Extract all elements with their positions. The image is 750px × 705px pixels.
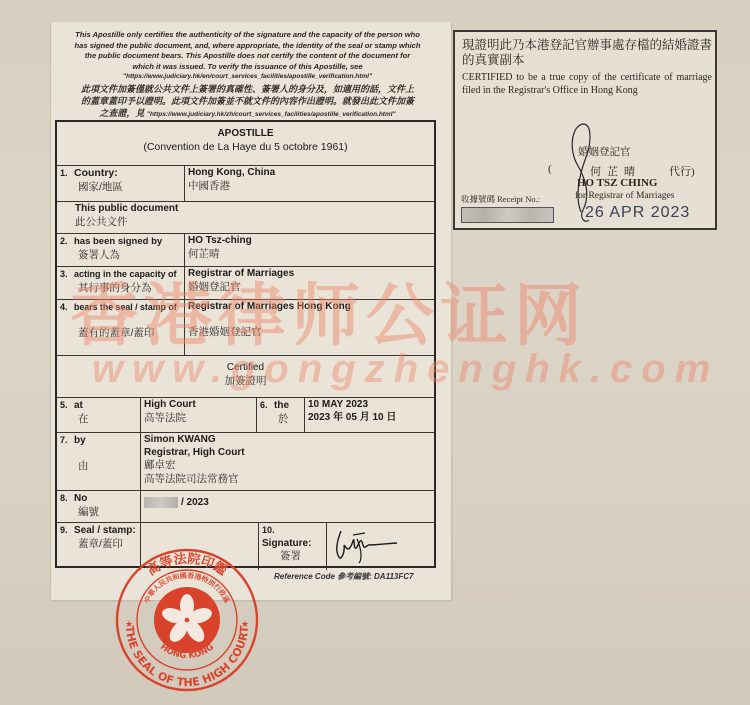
seal-of-label: bears the seal / stamp of bbox=[74, 302, 177, 312]
row-number: 2. bbox=[60, 235, 74, 248]
notice-en-url: "https://www.judiciary.hk/en/court_servi… bbox=[55, 72, 440, 83]
no-label-zh: 編號 bbox=[60, 506, 99, 518]
country-label: Country: bbox=[74, 167, 118, 179]
country-value-zh: 中國香港 bbox=[188, 180, 230, 192]
row-number: 6. bbox=[260, 399, 274, 412]
apostille-notice: This Apostille only certifies the authen… bbox=[55, 30, 440, 121]
notice-zh-line-2: 的蓋章蓋印予以證明。此項文件加簽並不就文件的內容作出證明。就發出此文件加簽 bbox=[55, 95, 440, 107]
notice-zh-url: "https://www.judiciary.hk/zh/court_servi… bbox=[147, 111, 396, 118]
receipt-number-redacted bbox=[461, 207, 554, 223]
redacted-number bbox=[144, 497, 178, 508]
no-label: No bbox=[74, 493, 87, 504]
row-number: 10. bbox=[262, 524, 278, 537]
certified-label-zh: 加簽證明 bbox=[57, 375, 434, 388]
country-label-zh: 國家/地區 bbox=[60, 181, 123, 193]
row-number: 8.No 編號 / 2023 bbox=[57, 491, 434, 523]
notice-en-line-1: This Apostille only certifies the authen… bbox=[55, 30, 440, 41]
signature-label: Signature: bbox=[262, 538, 311, 549]
row-number: 5. bbox=[60, 399, 74, 412]
country-value: Hong Kong, China bbox=[188, 167, 275, 178]
certification-statement-zh: 現證明此乃本港登記官辦事處存檔的結婚證書的真實副本 bbox=[462, 38, 712, 68]
paren-open: ( bbox=[548, 163, 552, 175]
row-country: 1.Country: 國家/地區 Hong Kong, China 中國香港 bbox=[57, 166, 434, 202]
row-number: 4. bbox=[60, 301, 74, 314]
row-number: 7. bbox=[60, 434, 74, 447]
public-document-label: This public document bbox=[75, 203, 178, 214]
by-label-zh: 由 bbox=[60, 460, 89, 472]
signature-field bbox=[327, 523, 434, 570]
svg-text:高等法院印鑑: 高等法院印鑑 bbox=[144, 551, 230, 579]
registrar-office-zh: 婚姻登記官 bbox=[578, 144, 631, 159]
row-seal-of: 4.bears the seal / stamp of 蓋有的蓋章/蓋印 Reg… bbox=[57, 300, 434, 356]
the-label-zh: 於 bbox=[260, 413, 289, 425]
signed-by-value: HO Tsz-ching bbox=[188, 235, 252, 246]
by-label: by bbox=[74, 435, 86, 446]
row-capacity: 3.acting in the capacity of 其行事的身分為 Regi… bbox=[57, 267, 434, 300]
seal-stamp-label: Seal / stamp: bbox=[74, 525, 136, 536]
notice-en-line-2: has signed the public document, and, whe… bbox=[55, 41, 440, 52]
at-label: at bbox=[74, 400, 83, 411]
row-by: 7.by 由 Simon KWANG Registrar, High Court… bbox=[57, 433, 434, 491]
handwritten-signature-icon bbox=[327, 523, 417, 568]
certified-heading: Certified 加簽證明 bbox=[57, 356, 434, 398]
notice-en-line-3: the public document bears. This Apostill… bbox=[55, 51, 440, 62]
row-number: 3. bbox=[60, 268, 74, 281]
seal-of-value: Registrar of Marriages Hong Kong bbox=[188, 301, 351, 312]
reference-code-value: DA113FC7 bbox=[374, 572, 413, 581]
by-value-title: Registrar, High Court bbox=[144, 447, 245, 458]
receipt-number-label: 收據號碼 Receipt No.: bbox=[461, 193, 540, 205]
marriage-certificate-certification: 現證明此乃本港登記官辦事處存檔的結婚證書的真實副本 CERTIFIED to b… bbox=[453, 30, 717, 230]
svg-text:★: ★ bbox=[241, 620, 249, 630]
seal-of-label-zh: 蓋有的蓋章/蓋印 bbox=[60, 327, 154, 339]
the-label: the bbox=[274, 400, 289, 411]
capacity-label: acting in the capacity of bbox=[74, 269, 177, 279]
apostille-title: APOSTILLE bbox=[57, 128, 434, 141]
apostille-table: APOSTILLE (Convention de La Haye du 5 oc… bbox=[55, 120, 436, 568]
signature-label-zh: 簽署 bbox=[262, 550, 301, 562]
apostille-header: APOSTILLE (Convention de La Haye du 5 oc… bbox=[57, 122, 434, 166]
notice-zh-line-1: 此項文件加簽僅就公共文件上簽署的真確性、簽署人的身分及，如適用的話，文件上 bbox=[55, 83, 440, 95]
signed-by-label-zh: 簽署人為 bbox=[60, 249, 120, 261]
reference-code: Reference Code 參考編號: DA113FC7 bbox=[274, 571, 413, 582]
date-stamp: 26 APR 2023 bbox=[585, 204, 690, 222]
capacity-value-zh: 婚姻登記官 bbox=[188, 281, 241, 293]
row-public-document: This public document 此公共文件 bbox=[57, 202, 434, 234]
row-number: 9. bbox=[60, 524, 74, 537]
reference-code-label: Reference Code 參考編號: bbox=[274, 572, 372, 581]
row-number: 1. bbox=[60, 167, 74, 180]
capacity-label-zh: 其行事的身分為 bbox=[60, 282, 152, 294]
row-signed-by: 2.has been signed by 簽署人為 HO Tsz-ching 何… bbox=[57, 234, 434, 267]
apostille-subtitle: (Convention de La Haye du 5 octobre 1961… bbox=[57, 141, 434, 154]
notice-zh-line-3: 之查證，見 "https://www.judiciary.hk/zh/court… bbox=[55, 107, 440, 121]
no-value: / 2023 bbox=[181, 497, 209, 508]
at-label-zh: 在 bbox=[60, 413, 89, 425]
by-value-name-zh: 鄺卓宏 bbox=[144, 459, 176, 471]
certification-statement-en: CERTIFIED to be a true copy of the certi… bbox=[462, 72, 712, 97]
seal-of-value-zh: 香港婚姻登記官 bbox=[188, 326, 262, 338]
signed-by-label: has been signed by bbox=[74, 236, 162, 247]
date-value: 10 MAY 2023 bbox=[308, 399, 368, 410]
notice-zh-last: 之查證，見 bbox=[99, 108, 144, 118]
by-value-name: Simon KWANG bbox=[144, 434, 216, 445]
public-document-label-zh: 此公共文件 bbox=[75, 216, 128, 228]
deputy-label-zh: 代行) bbox=[669, 163, 695, 179]
at-value: High Court bbox=[144, 399, 196, 410]
row-number: 8. bbox=[60, 492, 74, 505]
for-registrar-label: for Registrar of Marriages bbox=[575, 191, 674, 201]
by-value-title-zh: 高等法院司法常務官 bbox=[144, 473, 239, 485]
notice-en-line-4: which it was issued. To verify the issua… bbox=[55, 62, 440, 73]
svg-text:★: ★ bbox=[125, 620, 133, 630]
certified-label: Certified bbox=[57, 362, 434, 375]
date-value-zh: 2023 年 05 月 10 日 bbox=[308, 412, 396, 423]
capacity-value: Registrar of Marriages bbox=[188, 268, 294, 279]
high-court-seal-icon: 高等法院印鑑 中華人民共和國香港特別行政區 THE SEAL OF THE HI… bbox=[112, 545, 262, 695]
signed-by-value-zh: 何芷晴 bbox=[188, 248, 220, 260]
at-value-zh: 高等法院 bbox=[144, 412, 186, 424]
registrar-name-en: HO TSZ CHING bbox=[577, 177, 658, 189]
row-at-the: 5.at 在 High Court 高等法院 6.the 於 10 MAY 20… bbox=[57, 398, 434, 433]
